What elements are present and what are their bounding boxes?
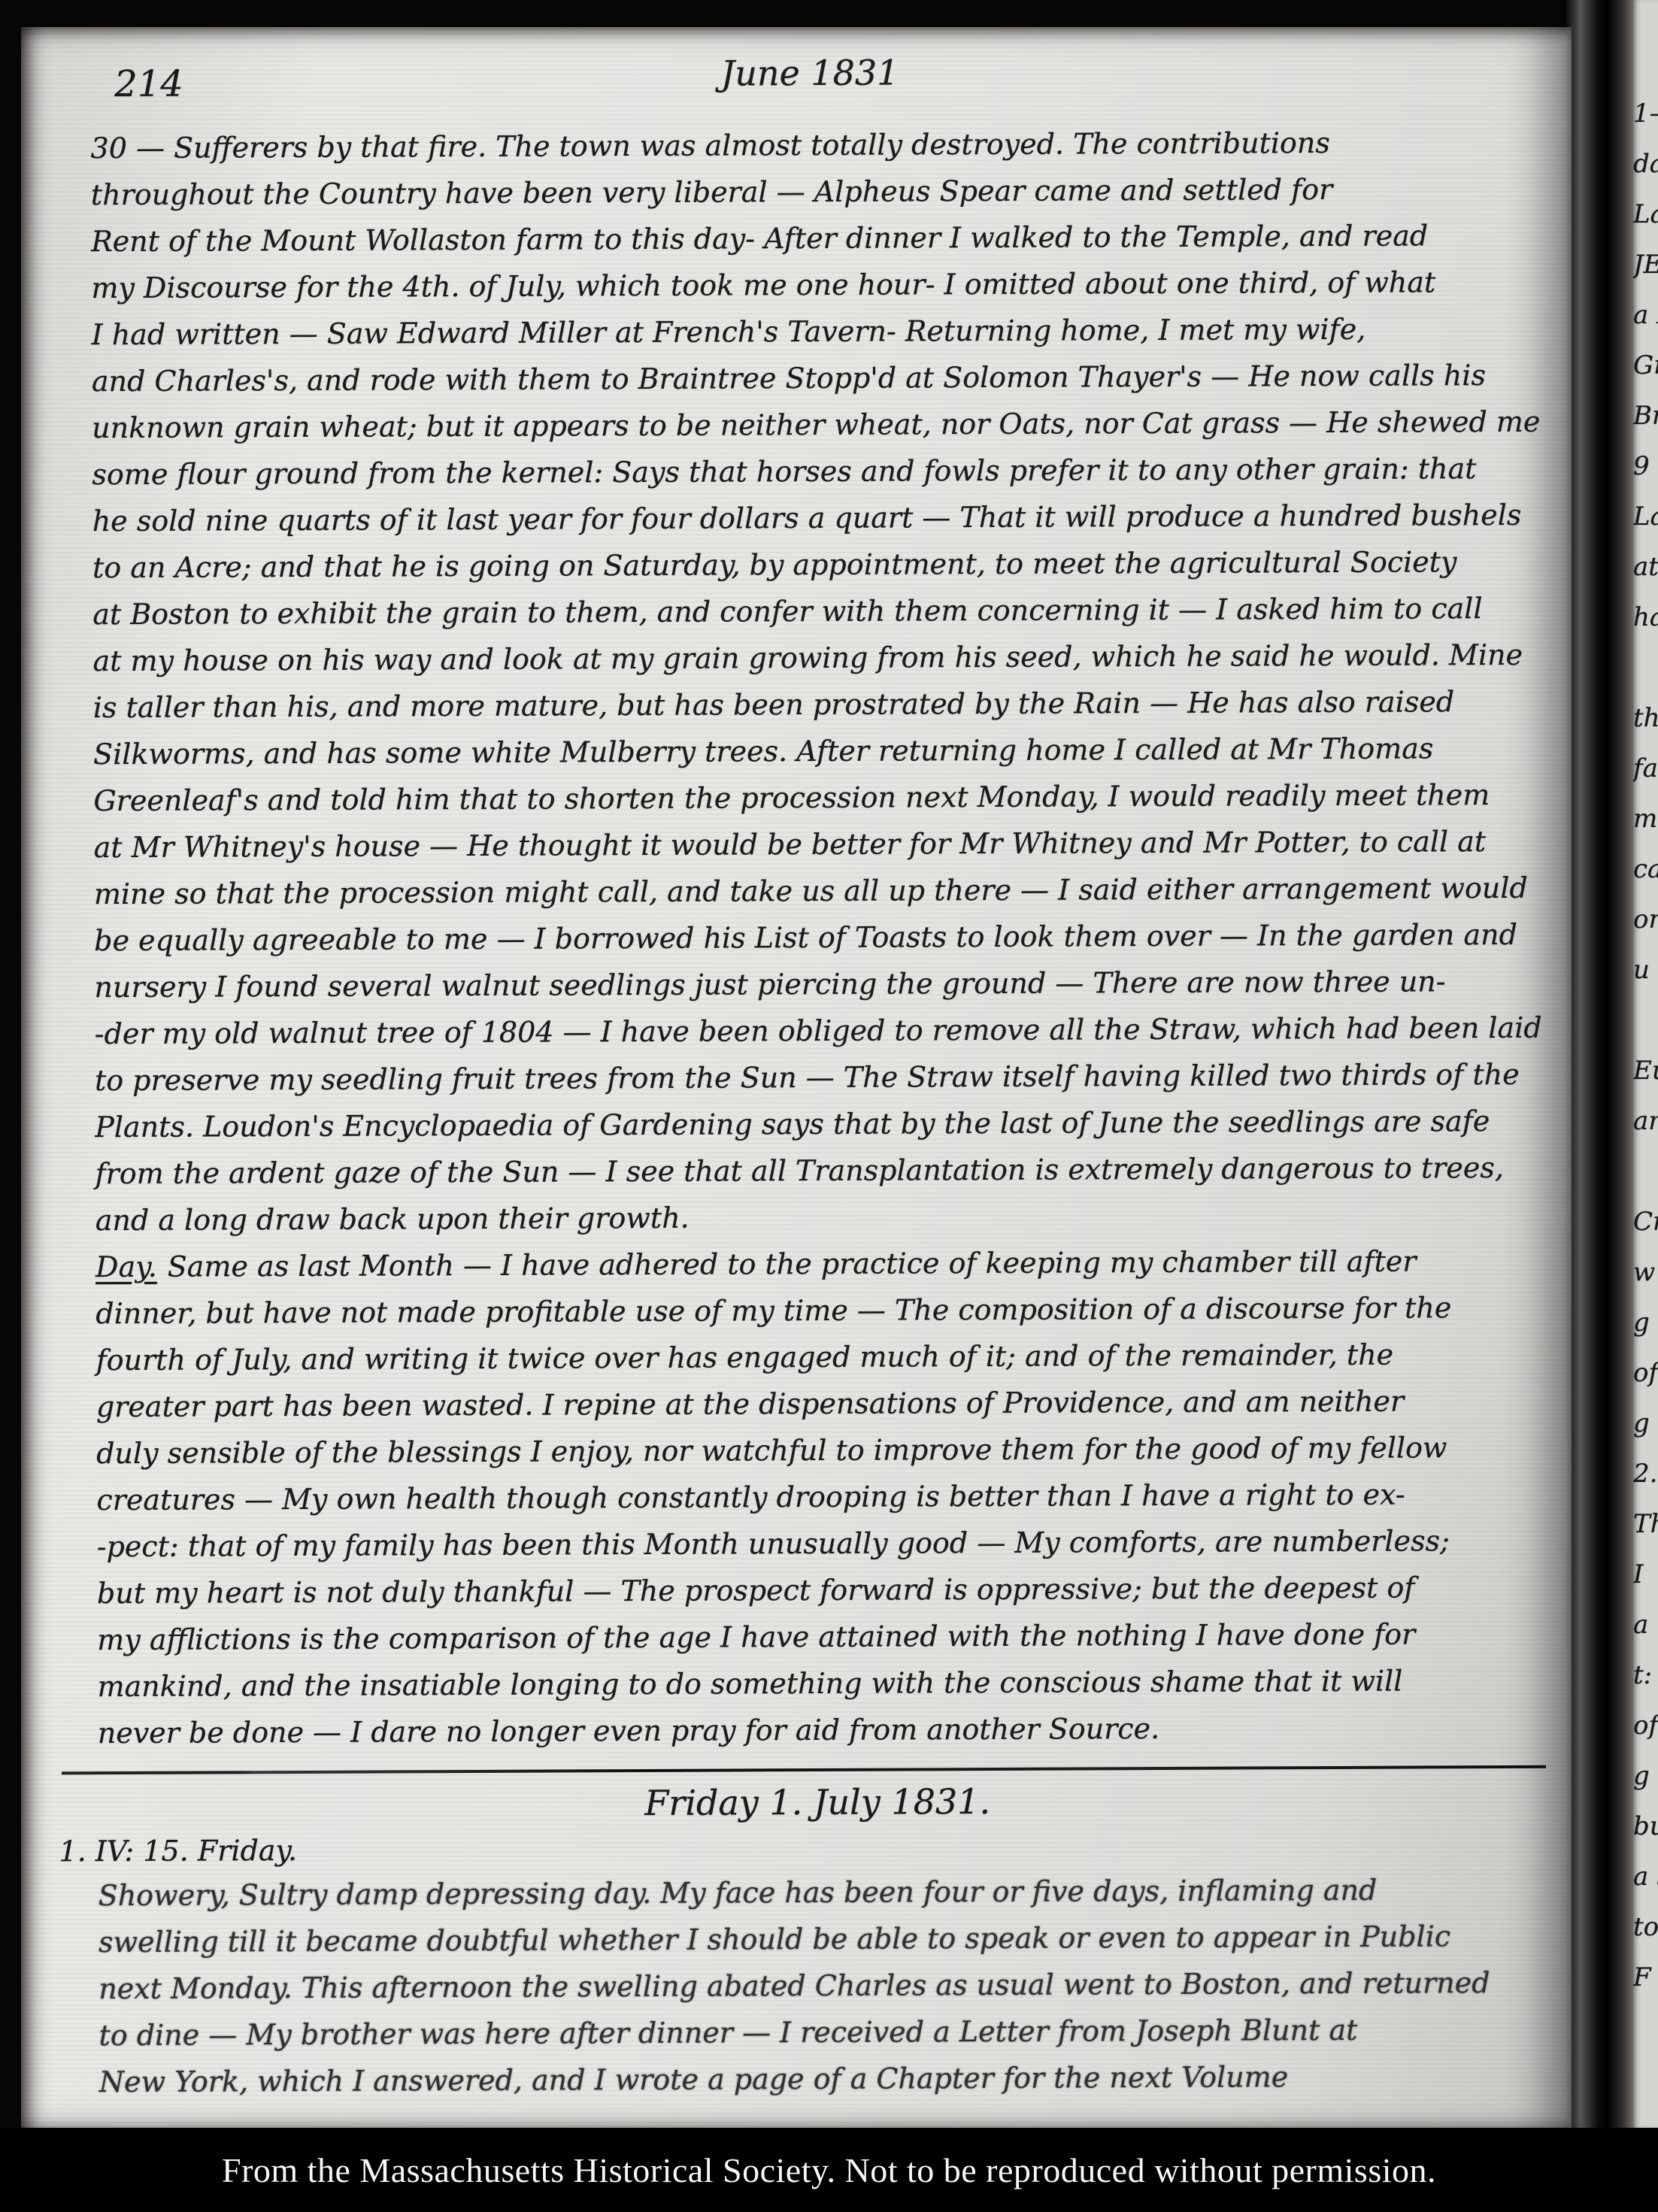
facing-page-text-fragment: g [1633,1751,1658,1801]
manuscript-line: greater part has been wasted. I repine a… [96,1377,1535,1430]
manuscript-line: throughout the Country have been very li… [91,165,1530,218]
facing-page-text-fragment: th [1633,693,1658,744]
july1-time-note: 1. IV: 15. Friday. [59,1824,1537,1873]
archive-caption: From the Massachusetts Historical Societ… [222,2150,1436,2190]
manuscript-line: next Monday. This afternoon the swelling… [99,1959,1538,2012]
facing-page-text-fragment: Eu [1633,1046,1658,1096]
facing-page-text-fragment: a B [1633,290,1658,341]
manuscript-line: fourth of July, and writing it twice ove… [95,1331,1535,1383]
facing-page-text-fragment: u [1633,945,1658,995]
scanned-page-photo: 214 June 1831 30 — Sufferers by that fir… [0,0,1658,2212]
facing-page-text-fragment: Br [1633,391,1658,441]
facing-page-text-fragment: 9 t [1633,441,1658,492]
manuscript-line: to dine — My brother was here after dinn… [99,2006,1538,2059]
manuscript-line: never be done — I dare no longer even pr… [98,1704,1537,1756]
day-summary-label: Day. [95,1250,157,1283]
manuscript-line: duly sensible of the blessings I enjoy, … [96,1424,1535,1477]
archive-caption-bar: From the Massachusetts Historical Societ… [0,2128,1658,2212]
facing-page-text-fragment [1633,643,1658,693]
manuscript-line: I had written — Saw Edward Miller at Fre… [92,305,1531,358]
manuscript-line: my Discourse for the 4th. of July, which… [91,259,1530,311]
manuscript-line: -pect: that of my family has been this M… [97,1517,1536,1570]
facing-page-text-fragment: 1— [1633,89,1658,139]
manuscript-line: Plants. Loudon's Encyclopaedia of Garden… [95,1098,1534,1150]
facing-page-text-fragment: I [1633,1550,1658,1600]
facing-page-text-fragment: of [1633,1701,1658,1751]
page-number: 214 [114,63,183,105]
facing-page-text-fragment: Cr [1633,1197,1658,1247]
facing-page-text-fragment: La [1633,189,1658,240]
facing-page-text-fragment: Gr [1633,341,1658,391]
facing-page-text-fragment: g [1633,1298,1658,1348]
manuscript-line: some flour ground from the kernel: Says … [92,445,1531,498]
manuscript-line: Same as last Month — I have adhered to t… [168,1245,1417,1283]
facing-page-text-fragment: La [1633,492,1658,542]
facing-page-text-fragment: am [1633,1096,1658,1147]
manuscript-line: Rent of the Mount Wollaston farm to this… [91,212,1530,265]
facing-page-text-fragment [1633,995,1658,1046]
diary-page: 214 June 1831 30 — Sufferers by that fir… [21,27,1572,2132]
manuscript-line: mankind, and the insatiable longing to d… [97,1657,1536,1710]
manuscript-line: New York, which I answered, and I wrote … [99,2053,1538,2105]
entry-divider-rule [62,1765,1546,1775]
facing-page-text-fragment: g [1633,1398,1658,1449]
manuscript-line: at Boston to exhibit the grain to them, … [92,585,1532,638]
facing-page-text-fragment: of [1633,1348,1658,1398]
manuscript-line: be equally agreeable to me — I borrowed … [94,911,1533,964]
manuscript-line: Greenleaf's and told him that to shorten… [93,771,1532,824]
manuscript-line: Silkworms, and has some white Mulberry t… [93,725,1532,777]
manuscript-line: and a long draw back upon their growth. [95,1191,1535,1244]
manuscript-line: 30 — Sufferers by that fire. The town wa… [90,119,1529,171]
manuscript-line: dinner, but have not made profitable use… [95,1284,1535,1337]
facing-page-edge: 1—daLaJEa BGrBr9 tLaathathfamcaoruEuamCr… [1633,0,1658,2128]
facing-page-text-fragment: w [1633,1247,1658,1298]
manuscript-line: Showery, Sultry damp depressing day. My … [99,1866,1538,1919]
manuscript-line: unknown grain wheat; but it appears to b… [92,398,1531,451]
manuscript-line: is taller than his, and more mature, but… [93,678,1532,731]
manuscript-line: at Mr Whitney's house — He thought it wo… [94,818,1533,871]
month-header: June 1831 [721,52,899,93]
manuscript-line: -der my old walnut tree of 1804 — I have… [95,1004,1534,1057]
manuscript-line: creatures — My own health though constan… [96,1471,1535,1523]
manuscript-line: from the ardent gaze of the Sun — I see … [95,1144,1534,1197]
manuscript-line: he sold nine quarts of it last year for … [92,492,1532,544]
manuscript-line: to preserve my seedling fruit trees from… [95,1051,1534,1104]
facing-page-text-fragment: m [1633,794,1658,844]
manuscript-line: mine so that the procession might call, … [94,865,1533,917]
facing-page-text-fragment: bu [1633,1801,1658,1852]
day-summary-first-line: Day.Same as last Month — I have adhered … [95,1238,1535,1290]
facing-page-text-fragment [1633,1147,1658,1197]
facing-page-text-fragment: at [1633,542,1658,592]
facing-page-text-fragment: F [1633,1953,1658,2003]
manuscript-line: and Charles's, and rode with them to Bra… [92,352,1531,405]
facing-page-text-fragment: da [1633,139,1658,189]
manuscript-line: but my heart is not duly thankful — The … [97,1564,1536,1617]
facing-page-text-fragment: or [1633,895,1658,945]
facing-page-text-fragment: t: [1633,1650,1658,1701]
manuscript-line: my afflictions is the comparison of the … [97,1611,1536,1663]
facing-page-text-fragment: JE [1633,240,1658,290]
manuscript-line: nursery I found several walnut seedlings… [94,958,1533,1011]
facing-page-text-fragment: Th [1633,1499,1658,1550]
facing-page-text-fragment: to [1633,1902,1658,1953]
facing-page-text-fragment: ca [1633,844,1658,895]
facing-page-text-fragment: ha [1633,592,1658,643]
july1-entry: Showery, Sultry damp depressing day. My … [99,1866,1538,2105]
facing-page-text-fragment: a S [1633,1852,1658,1902]
page-header: 214 June 1831 [90,50,1529,125]
manuscript-text-block: 214 June 1831 30 — Sufferers by that fir… [90,50,1538,2105]
june30-entry: 30 — Sufferers by that fire. The town wa… [90,119,1534,1244]
manuscript-line: at my house on his way and look at my gr… [92,632,1532,684]
book-gutter [1566,0,1633,2212]
july1-heading: Friday 1. July 1831. [98,1774,1537,1830]
day-summary-entry: dinner, but have not made profitable use… [95,1284,1537,1756]
facing-page-text-fragment: fa [1633,744,1658,794]
manuscript-line: to an Acre; and that he is going on Satu… [92,538,1532,591]
facing-page-text-fragment: a [1633,1600,1658,1650]
manuscript-line: swelling till it became doubtful whether… [99,1913,1538,1965]
facing-page-text-fragment: 2. [1633,1449,1658,1499]
